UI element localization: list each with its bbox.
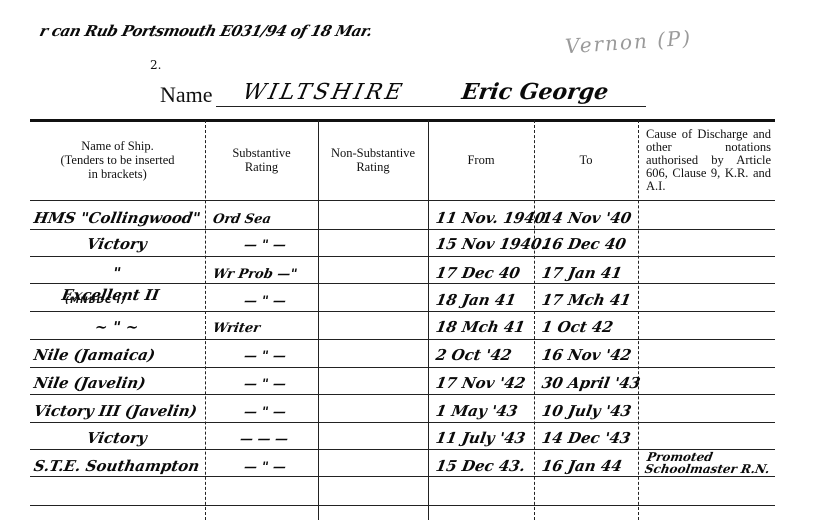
header-from-date: From [428,120,534,200]
cell-from-date: 18 Jan 41 [436,284,532,311]
header-ship-name: Name of Ship. (Tenders to be inserted in… [30,120,205,200]
cell-ship-name: Victory [34,228,199,255]
name-label: Name [160,82,213,108]
cell-substantive-rating: Ord Sea [213,202,316,229]
cell-substantive-rating: — " — [213,228,316,255]
cell-substantive-rating: — " — [213,284,316,311]
cell-to-date: 14 Dec '43 [542,422,636,449]
faint-handwritten-annotation: Vernon (P) [564,26,693,59]
cell-to-date: 16 Dec 40 [542,228,636,255]
cell-substantive-rating: Writer [213,311,316,338]
cell-ship-name: " [34,257,199,284]
cell-to-date: 30 April '43 [542,367,636,394]
cell-to-date: 17 Mch 41 [542,284,636,311]
cell-ship-name: ~ " ~ [34,311,199,338]
cell-ship-name: Victory III (Javelin) [34,395,199,422]
row-rule [30,505,775,506]
cell-ship-name: S.T.E. Southampton [34,450,199,477]
cell-substantive-rating: — " — [213,450,316,477]
cell-ship-name: HMS "Collingwood" [34,202,199,229]
cell-to-date: 16 Jan 44 [542,450,636,477]
cell-from-date: 17 Dec 40 [436,257,532,284]
cell-from-date: 1 May '43 [436,395,532,422]
top-handwritten-annotation: r can Rub Portsmouth E031/94 of 18 Mar. [38,22,374,40]
cell-ship-name: Nile (Jamaica) [34,339,199,366]
cell-substantive-rating: — " — [213,339,316,366]
name-underline [216,106,646,107]
header-non-substantive-rating: Non-Substantive Rating [318,120,428,200]
cell-from-date: 15 Dec 43. [436,450,532,477]
cell-substantive-rating: — — — [213,422,316,449]
cell-tender-name: (MNBDC I) [65,296,126,306]
header-substantive-rating: Substantive Rating [205,120,318,200]
cell-substantive-rating: — " — [213,395,316,422]
cell-substantive-rating: — " — [213,367,316,394]
cell-from-date: 15 Nov 1940. [436,228,532,255]
cell-discharge-notes: Promoted Schoolmaster R.N. [646,450,773,477]
cell-from-date: 18 Mch 41 [436,311,532,338]
cell-to-date: 17 Jan 41 [542,257,636,284]
row-rule [30,200,775,201]
cell-ship-name: Victory [34,422,199,449]
cell-to-date: 14 Nov '40 [542,202,636,229]
cell-to-date: 10 July '43 [542,395,636,422]
cell-to-date: 1 Oct 42 [542,311,636,338]
cell-from-date: 11 Nov. 1940 [436,202,532,229]
cell-substantive-rating: Wr Prob —" [213,257,316,284]
cell-from-date: 2 Oct '42 [436,339,532,366]
cell-ship-name: Nile (Javelin) [34,367,199,394]
cell-from-date: 11 July '43 [436,422,532,449]
page-number: 2. [150,58,161,72]
given-names: Eric George [460,79,610,105]
cell-to-date: 16 Nov '42 [542,339,636,366]
surname: WILTSHIRE [240,80,407,105]
cell-from-date: 17 Nov '42 [436,367,532,394]
header-to-date: To [534,120,638,200]
header-discharge-notes: Cause of Discharge and other notations a… [638,120,771,200]
